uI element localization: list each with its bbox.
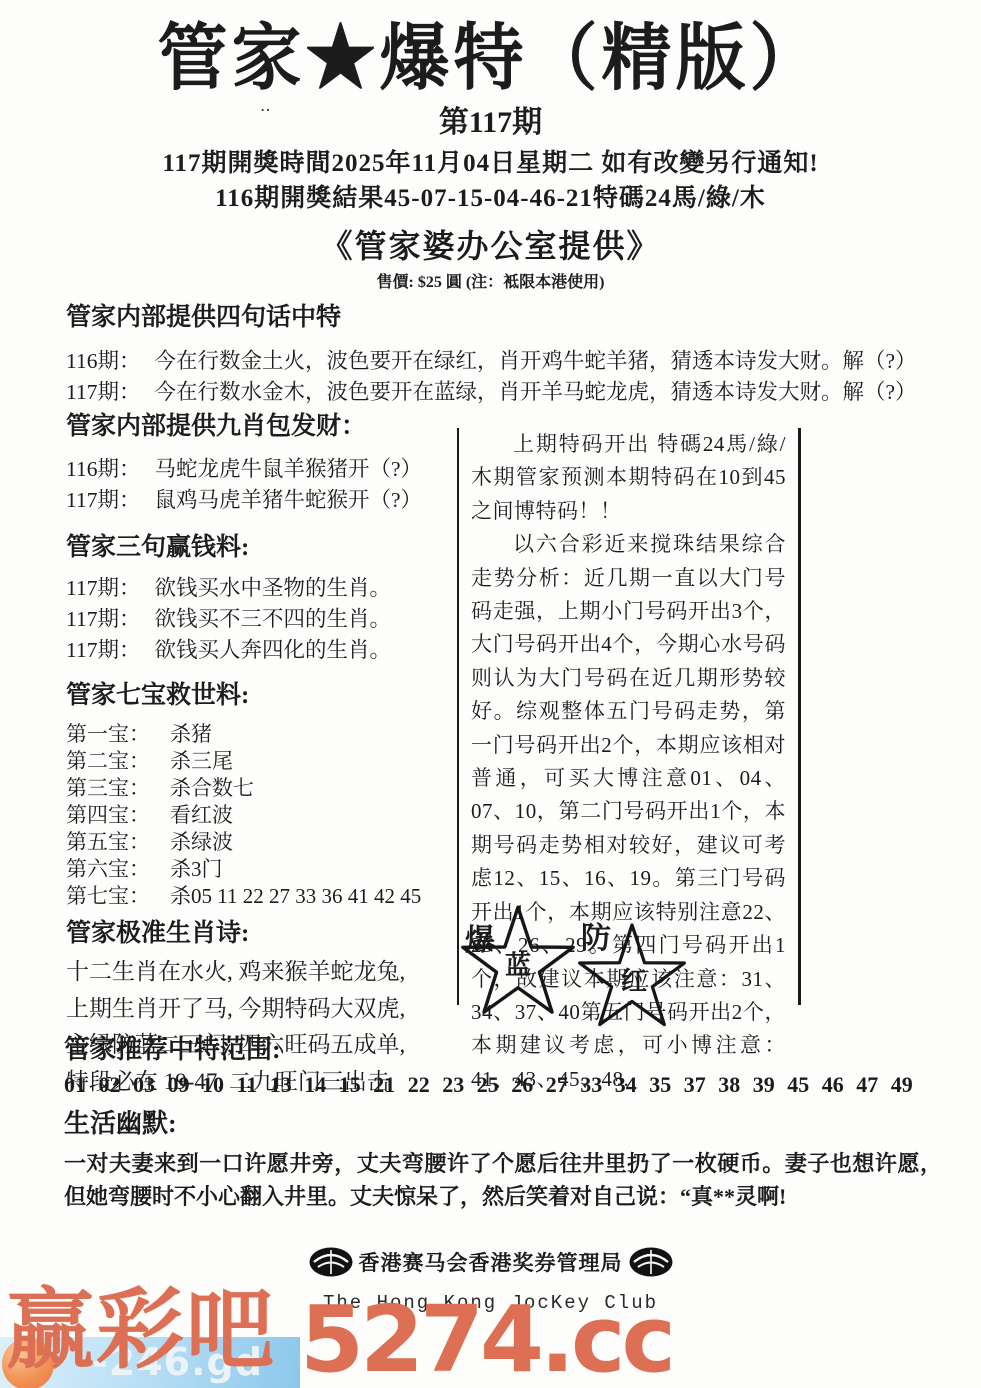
price-note: 售價: $25 圓 (注：袛限本港使用)	[0, 272, 981, 294]
treasure-row: 第三宝：杀合数七	[66, 775, 461, 802]
issue-label: 116期：	[66, 349, 140, 373]
treasure-text: 杀绿波	[170, 830, 233, 854]
section-four-line-tips: 管家内部提供四句话中特 116期：今在行数金土火，波色要开在绿红，肖开鸡牛蛇羊猪…	[66, 303, 946, 408]
section-heading: 管家内部提供四句话中特	[66, 303, 946, 333]
treasure-text: 杀三尾	[170, 749, 233, 773]
treasure-row: 第四宝：看红波	[66, 802, 461, 829]
watermark-site-name: 赢彩吧	[6, 1286, 276, 1374]
jockey-club-name-cn: 香港赛马会香港奖券管理局	[359, 1247, 623, 1277]
issue-label: 116期：	[66, 457, 140, 481]
tip-text: 欲钱买水中圣物的生肖。	[154, 576, 391, 600]
tip-text: 今在行数水金木，波色要开在蓝绿，肖开羊马蛇龙虎，猜透本诗发大财。解（?）	[154, 380, 916, 404]
treasure-row: 第二宝：杀三尾	[66, 748, 461, 775]
section-heading: 管家内部提供九肖包发财：	[66, 412, 461, 442]
issue-label: 117期：	[66, 380, 140, 404]
range-heading: 管家推荐中特范围:	[64, 1034, 964, 1066]
tip-text: 马蛇龙虎牛鼠羊猴猪开（?）	[154, 457, 422, 481]
analysis-paragraph-1: 上期特码开出 特碼24馬/綠/木期管家预测本期特码在10到45之间博特码！！	[471, 428, 786, 528]
jockey-club-emblem-icon	[308, 1246, 354, 1278]
draw-time-line: 117期開獎時間2025年11月04日星期二 如有改變另行通知!	[0, 149, 981, 179]
treasure-text: 杀05 11 22 27 33 36 41 42 45	[170, 884, 421, 908]
treasure-label: 第六宝：	[66, 857, 150, 881]
issue-number: 第117期	[0, 106, 981, 140]
issue-label: 117期：	[66, 607, 140, 631]
section-heading: 管家三句赢钱料:	[66, 533, 461, 563]
section-heading: 管家极准生肖诗:	[66, 919, 461, 949]
tip-text: 今在行数金土火，波色要开在绿红，肖开鸡牛蛇羊猪，猜透本诗发大财。解（?）	[154, 349, 916, 373]
treasure-row: 第一宝：杀猪	[66, 721, 461, 748]
treasure-row: 第七宝：杀05 11 22 27 33 36 41 42 45	[66, 883, 461, 910]
blue-star-text: 蓝	[505, 945, 531, 982]
treasure-label: 第三宝：	[66, 776, 150, 800]
range-numbers: 01 02 03 09 10 11 13 14 15 21 22 23 25 2…	[64, 1071, 964, 1099]
treasure-label: 第二宝：	[66, 749, 150, 773]
sheet-header: 管家★爆特（精版） 第117期 117期開獎時間2025年11月04日星期二 如…	[0, 14, 981, 294]
treasure-label: 第一宝：	[66, 722, 150, 746]
tip-row: 117期：欲钱买不三不四的生肖。	[66, 604, 461, 635]
tip-row: 117期：鼠鸡马虎羊猪牛蛇猴开（?）	[66, 485, 461, 516]
poem-line: 十二生肖在水火, 鸡来猴羊蛇龙兔,	[66, 954, 461, 991]
provider-line: 《管家婆办公室提供》	[0, 226, 981, 266]
treasure-row: 第五宝：杀绿波	[66, 829, 461, 856]
watermark-site-url: 5274.cc	[300, 1294, 672, 1386]
humor-text: 一对夫妻来到一口许愿井旁，丈夫弯腰许了个愿后往井里扔了一枚硬币。妻子也想许愿，但…	[64, 1147, 942, 1213]
tip-row: 117期：今在行数水金木，波色要开在蓝绿，肖开羊马蛇龙虎，猜透本诗发大财。解（?…	[66, 377, 946, 408]
left-column: 管家内部提供九肖包发财： 116期：马蛇龙虎牛鼠羊猴猪开（?） 117期：鼠鸡马…	[66, 412, 461, 1100]
scan-dots: ‥	[260, 96, 273, 116]
treasure-row: 第六宝：杀3门	[66, 856, 461, 883]
bottom-sections: 管家推荐中特范围: 01 02 03 09 10 11 13 14 15 21 …	[64, 1034, 964, 1213]
treasure-text: 杀3门	[170, 857, 223, 881]
treasure-label: 第五宝：	[66, 830, 150, 854]
tip-text: 欲钱买人奔四化的生肖。	[154, 638, 391, 662]
humor-heading: 生活幽默:	[64, 1108, 964, 1140]
issue-label: 117期：	[66, 576, 140, 600]
treasure-text: 杀猪	[170, 722, 212, 746]
issue-label: 117期：	[66, 638, 140, 662]
treasure-text: 杀合数七	[170, 776, 254, 800]
section-heading: 管家七宝救世料:	[66, 681, 461, 711]
issue-label: 117期：	[66, 488, 140, 512]
tip-row: 117期：欲钱买人奔四化的生肖。	[66, 635, 461, 666]
tip-row: 117期：欲钱买水中圣物的生肖。	[66, 573, 461, 604]
tip-row: 116期：马蛇龙虎牛鼠羊猴猪开（?）	[66, 454, 461, 485]
jockey-club-emblem-icon	[628, 1246, 674, 1278]
treasure-text: 看红波	[170, 803, 233, 827]
tip-text: 鼠鸡马虎羊猪牛蛇猴开（?）	[154, 488, 422, 512]
last-result-line: 116期開獎結果45-07-15-04-46-21特碼24馬/綠/木	[0, 184, 981, 214]
poem-line: 上期生肖开了马, 今期特码大双虎,	[66, 991, 461, 1028]
red-star-text: 红	[621, 961, 647, 998]
tip-row: 116期：今在行数金土火，波色要开在绿红，肖开鸡牛蛇羊猪，猜透本诗发大财。解（?…	[66, 346, 946, 377]
page-title: 管家★爆特（精版）	[0, 12, 981, 108]
treasure-label: 第七宝：	[66, 884, 150, 908]
star-badges: 爆 蓝 防 红	[459, 901, 779, 1031]
treasure-label: 第四宝：	[66, 803, 150, 827]
tip-text: 欲钱买不三不四的生肖。	[154, 607, 391, 631]
